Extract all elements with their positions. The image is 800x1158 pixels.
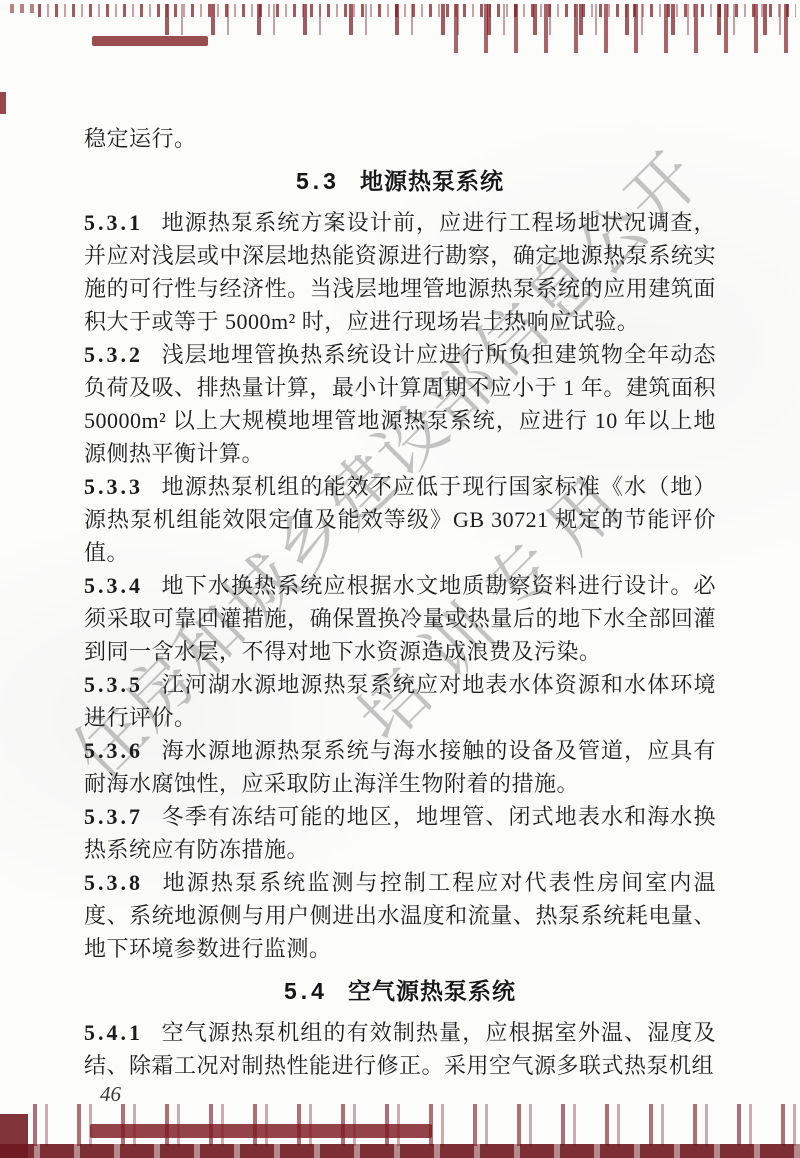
clause-5-3-7: 5.3.7冬季有冻结可能的地区，地埋管、闭式地表水和海水换热系统应有防冻措施。 [84, 800, 716, 866]
clause-number: 5.3.2 [84, 342, 143, 367]
clause-text: 地源热泵机组的能效不应低于现行国家标准《水（地）源热泵机组能效限定值及能效等级》… [84, 474, 716, 565]
scan-artifact-top-mid [148, 4, 796, 35]
page-content: 稳定运行。 5.3地源热泵系统 5.3.1地源热泵系统方案设计前，应进行工程场地… [84, 122, 716, 1082]
clause-5-3-8: 5.3.8地源热泵系统监测与控制工程应对代表性房间室内温度、系统地源侧与用户侧进… [84, 866, 716, 965]
scan-artifact-left-speck [0, 92, 6, 114]
clause-text: 地下水换热系统应根据水文地质勘察资料进行设计。必须采取可靠回灌措施，确保置换冷量… [84, 573, 716, 664]
clause-number: 5.3.6 [84, 738, 143, 763]
clause-5-3-6: 5.3.6海水源地源热泵系统与海水接触的设备及管道，应具有耐海水腐蚀性，应采取防… [84, 734, 716, 800]
paragraph-continuation: 稳定运行。 [84, 122, 716, 155]
clause-text: 海水源地源热泵系统与海水接触的设备及管道，应具有耐海水腐蚀性，应采取防止海洋生物… [84, 738, 716, 796]
section-title: 地源热泵系统 [360, 168, 504, 194]
scan-artifact-top-dots [10, 4, 40, 13]
scan-artifact-bottom-comb [18, 1104, 800, 1146]
clause-text: 地源热泵系统监测与控制工程应对代表性房间室内温度、系统地源侧与用户侧进出水温度和… [84, 870, 716, 961]
scan-artifact-bottom-streak [90, 1124, 432, 1138]
clause-5-3-4: 5.3.4地下水换热系统应根据水文地质勘察资料进行设计。必须采取可靠回灌措施，确… [84, 569, 716, 668]
scan-artifact-bottom-base [0, 1144, 800, 1158]
clause-text: 冬季有冻结可能的地区，地埋管、闭式地表水和海水换热系统应有防冻措施。 [84, 804, 716, 862]
clause-text: 江河湖水源地源热泵系统应对地表水体资源和水体环境进行评价。 [84, 672, 716, 730]
clause-5-3-3: 5.3.3地源热泵机组的能效不应低于现行国家标准《水（地）源热泵机组能效限定值及… [84, 470, 716, 569]
scan-artifact-top-tall [428, 4, 796, 53]
clause-5-4-1: 5.4.1空气源热泵机组的有效制热量，应根据室外温、湿度及结、除霜工况对制热性能… [84, 1016, 716, 1082]
section-title: 空气源热泵系统 [348, 978, 516, 1004]
clause-number: 5.3.3 [84, 474, 143, 499]
scan-artifact-bottom-corner [0, 1114, 28, 1158]
section-number: 5.4 [284, 978, 328, 1004]
clause-number: 5.3.5 [84, 672, 143, 697]
clause-text: 空气源热泵机组的有效制热量，应根据室外温、湿度及结、除霜工况对制热性能进行修正。… [84, 1020, 716, 1078]
section-heading-5-4: 5.4空气源热泵系统 [84, 975, 716, 1008]
clause-number: 5.3.8 [84, 870, 143, 895]
document-page: 住房和城乡建设部信息公开 培训专用 稳定运行。 5.3地源热泵系统 5.3.1地… [0, 0, 800, 1158]
clause-number: 5.3.1 [84, 210, 143, 235]
clause-number: 5.4.1 [84, 1020, 143, 1045]
clause-number: 5.3.7 [84, 804, 143, 829]
clause-text: 浅层地埋管换热系统设计应进行所负担建筑物全年动态负荷及吸、排热量计算，最小计算周… [84, 342, 716, 466]
clause-text: 地源热泵系统方案设计前，应进行工程场地状况调查，并应对浅层或中深层地热能资源进行… [84, 210, 716, 334]
section-heading-5-3: 5.3地源热泵系统 [84, 165, 716, 198]
scan-artifact-top-thin [38, 4, 796, 17]
section-number: 5.3 [296, 168, 340, 194]
scan-artifact-top-streak [92, 36, 208, 46]
clause-5-3-1: 5.3.1地源热泵系统方案设计前，应进行工程场地状况调查，并应对浅层或中深层地热… [84, 206, 716, 338]
clause-5-3-2: 5.3.2浅层地埋管换热系统设计应进行所负担建筑物全年动态负荷及吸、排热量计算，… [84, 338, 716, 470]
clause-number: 5.3.4 [84, 573, 143, 598]
clause-5-3-5: 5.3.5江河湖水源地源热泵系统应对地表水体资源和水体环境进行评价。 [84, 668, 716, 734]
page-number: 46 [100, 1082, 121, 1107]
